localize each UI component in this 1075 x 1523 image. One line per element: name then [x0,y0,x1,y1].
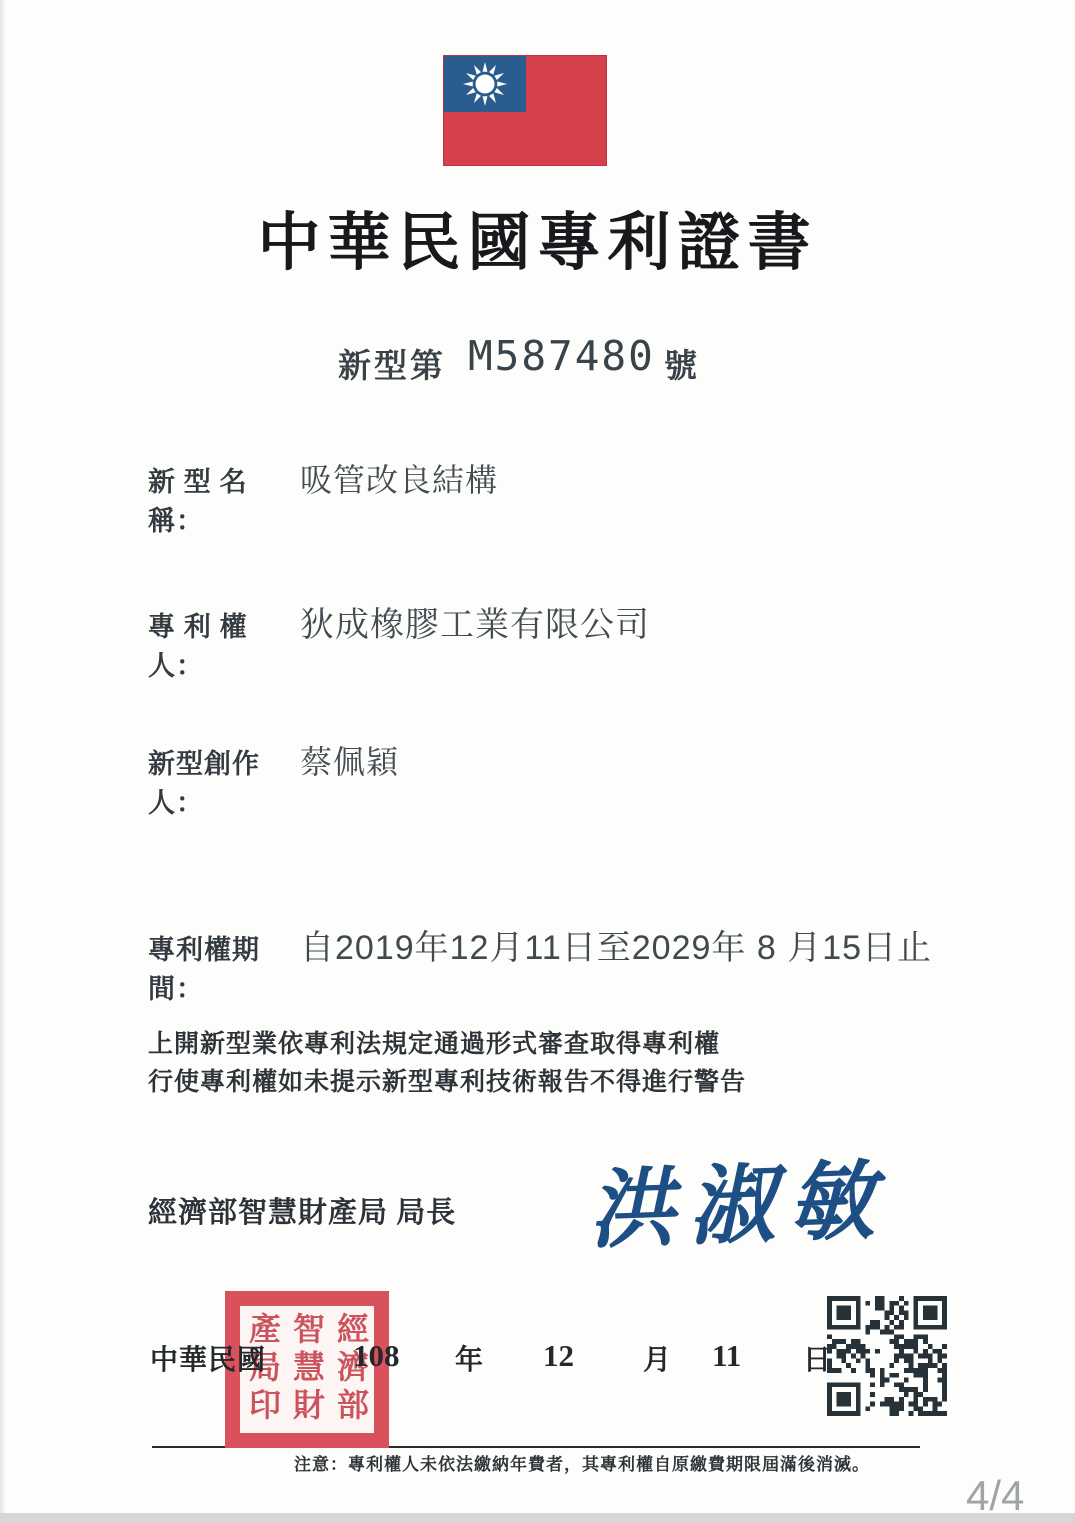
director-signature: 洪淑敏 [586,1131,890,1265]
scan-edge-bottom [0,1513,1075,1523]
legal-notice-line-1: 上開新型業依專利法規定通過形式審查取得專利權 [148,1026,746,1064]
field-value: 狄成橡膠工業有限公司 [300,597,650,646]
flag-canton [444,56,526,112]
patent-number-suffix: 號 [664,340,697,387]
flag-sun-icon [444,56,526,112]
date-year-unit: 年 [455,1338,483,1378]
field-row-patentee: 專 利 權 人： 狄成橡膠工業有限公司 [148,597,650,683]
legal-notice-line-2: 行使專利權如未提示新型專利技術報告不得進行警告 [148,1064,746,1102]
certificate-title: 中華民國專利證書 [0,192,1075,283]
legal-notice: 上開新型業依專利法規定通過形式審查取得專利權 行使專利權如未提示新型專利技術報告… [148,1026,746,1102]
date-line: 中華民國 108 年 12 月 11 日 [0,1338,1075,1378]
field-row-creator: 新型創作人： 蔡佩穎 [148,737,399,820]
date-month: 12 [543,1338,574,1374]
field-value: 自2019年12月11日至2029年 8 月15日止 [300,920,932,969]
field-label: 新 型 名 稱： [148,460,300,538]
field-label: 專 利 權 人： [148,605,300,683]
patent-number-prefix: 新型第 [338,340,446,387]
field-value: 吸管改良結構 [300,455,498,501]
page-indicator: 4/4 [966,1472,1024,1520]
footer-note: 注意：專利權人未依法繳納年費者，其專利權自原繳費期限屆滿後消滅。 [294,1450,870,1475]
field-label: 專利權期間： [148,928,300,1006]
field-value: 蔡佩穎 [300,737,399,783]
date-day: 11 [712,1338,741,1374]
certificate-page: 中華民國專利證書 新型第 M587480 號 新 型 名 稱： 吸管改良結構 專… [0,0,1075,1523]
roc-flag [443,55,607,166]
date-year: 108 [353,1338,400,1374]
date-era: 中華民國 [150,1338,266,1378]
date-day-unit: 日 [803,1338,831,1378]
issuer-title: 經濟部智慧財產局 局長 [148,1190,456,1231]
field-label: 新型創作人： [148,742,300,820]
date-month-unit: 月 [643,1338,671,1378]
field-row-patent-term: 專利權期間： 自2019年12月11日至2029年 8 月15日止 [148,920,932,1006]
patent-number: M587480 [468,332,655,380]
field-row-utility-model-name: 新 型 名 稱： 吸管改良結構 [148,455,498,538]
